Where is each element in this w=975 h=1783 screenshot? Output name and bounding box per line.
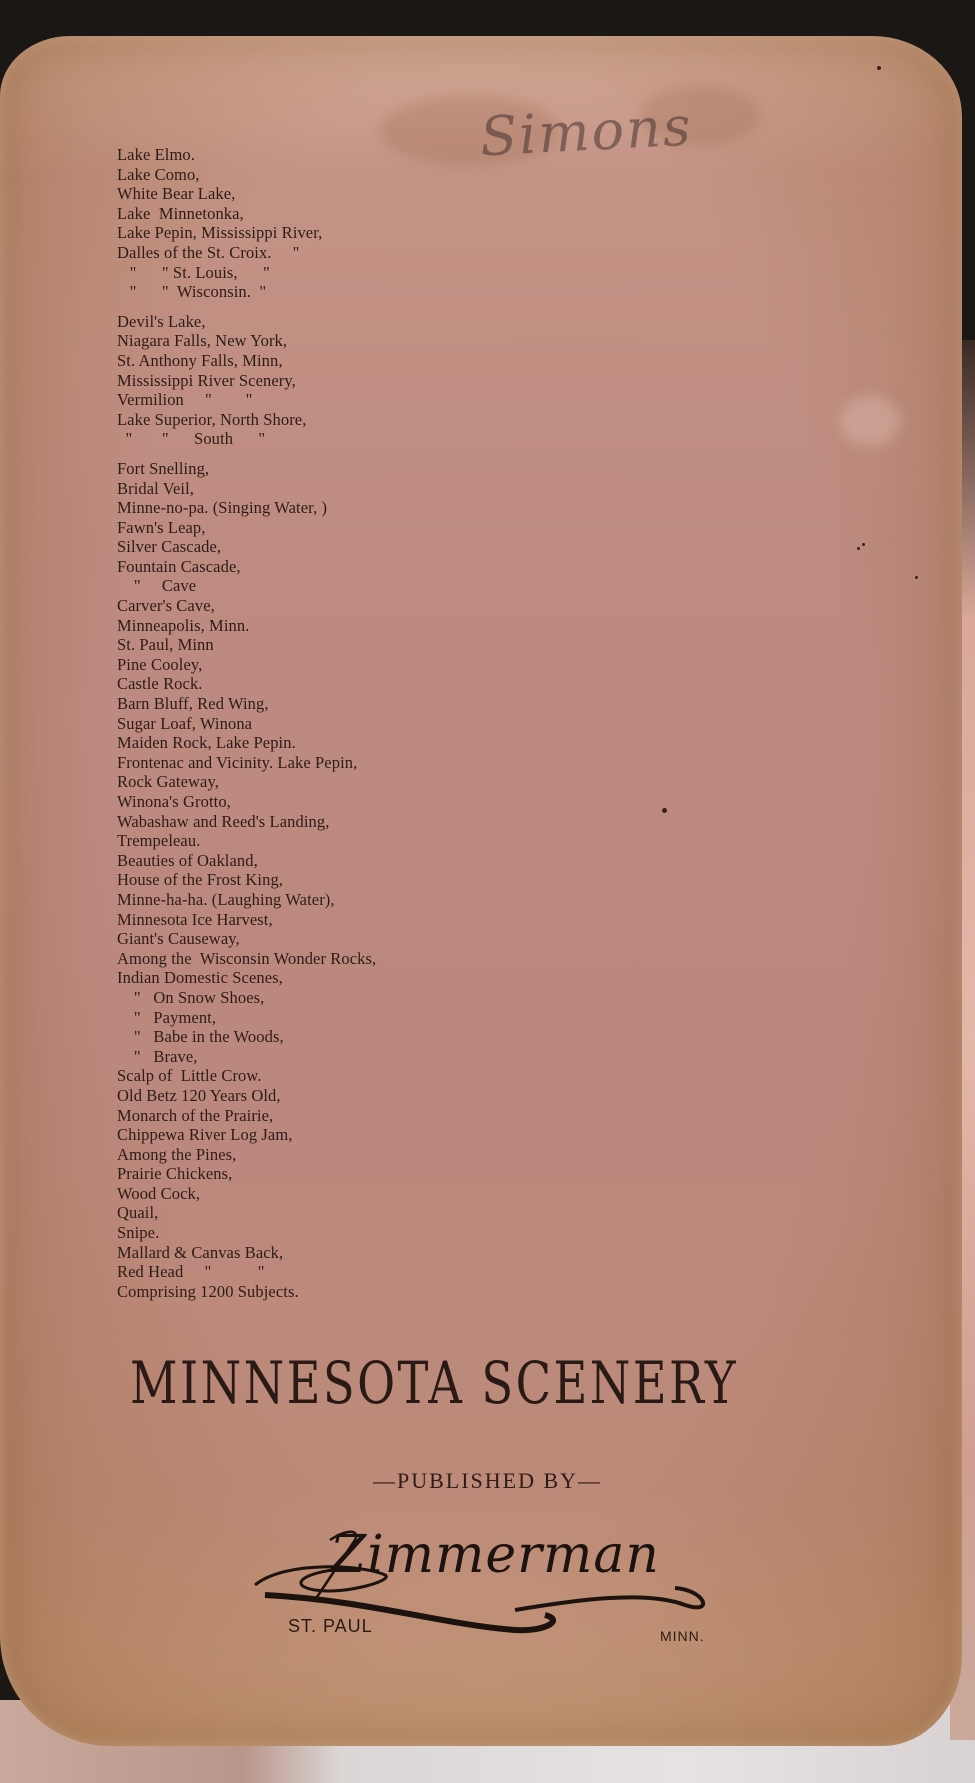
subject-list-item: Giant's Causeway, [117,929,376,949]
subject-list-item: Pine Cooley, [117,655,376,675]
subject-list: Lake Elmo.Lake Como,White Bear Lake,Lake… [117,145,376,1301]
subject-list-item: Mallard & Canvas Back, [117,1243,376,1263]
subject-list-item: Chippewa River Log Jam, [117,1125,376,1145]
subject-list-item: Minne-ha-ha. (Laughing Water), [117,890,376,910]
publisher-city: ST. PAUL [288,1616,373,1637]
subject-list-item: Bridal Veil, [117,479,376,499]
speck [915,576,918,579]
subject-list-item: St. Paul, Minn [117,635,376,655]
subject-list-item: Mississippi River Scenery, [117,371,376,391]
subject-list-item: Monarch of the Prairie, [117,1106,376,1126]
speck [857,547,860,550]
subject-list-item: House of the Frost King, [117,870,376,890]
subject-list-item: Winona's Grotto, [117,792,376,812]
subject-list-item: Wood Cock, [117,1184,376,1204]
subject-list-item: Rock Gateway, [117,772,376,792]
subject-list-item: Lake Pepin, Mississippi River, [117,223,376,243]
publisher-signature: Zimmerman [330,1525,660,1585]
subject-list-item: Beauties of Oakland, [117,851,376,871]
subject-list-item: Lake Como, [117,165,376,185]
subject-list-item: Carver's Cave, [117,596,376,616]
subject-list-item: Minneapolis, Minn. [117,616,376,636]
subject-list-item: Lake Elmo. [117,145,376,165]
subject-list-item: Castle Rock. [117,674,376,694]
subject-list-item: Scalp of Little Crow. [117,1066,376,1086]
subject-list-item: Among the Pines, [117,1145,376,1165]
speck [862,543,865,546]
subject-list-item: Dalles of the St. Croix. " [117,243,376,263]
subject-list-item: Fort Snelling, [117,459,376,479]
subject-list-item: St. Anthony Falls, Minn, [117,351,376,371]
subject-list-item: " " St. Louis, " [117,263,376,283]
subject-list-item: Sugar Loaf, Winona [117,714,376,734]
subject-list-item: Quail, [117,1203,376,1223]
card-title: MINNESOTA SCENERY [130,1348,690,1418]
subject-list-item: Trempeleau. [117,831,376,851]
subject-list-item: Snipe. [117,1223,376,1243]
subject-list-item: " Cave [117,576,376,596]
subject-list-item: " Payment, [117,1008,376,1028]
list-gap [117,302,376,312]
subject-list-item: Minnesota Ice Harvest, [117,910,376,930]
subject-list-item: Silver Cascade, [117,537,376,557]
subject-list-item: Maiden Rock, Lake Pepin. [117,733,376,753]
subject-list-item: Among the Wisconsin Wonder Rocks, [117,949,376,969]
speck [662,808,667,813]
publisher-state: MINN. [660,1628,705,1644]
light-spot [840,396,900,446]
subject-list-item: " " Wisconsin. " [117,282,376,302]
subject-list-item: Barn Bluff, Red Wing, [117,694,376,714]
subject-list-item: Frontenac and Vicinity. Lake Pepin, [117,753,376,773]
subject-list-item: Minne-no-pa. (Singing Water, ) [117,498,376,518]
subject-list-item: " " South " [117,429,376,449]
subject-list-item: White Bear Lake, [117,184,376,204]
list-gap [117,449,376,459]
subject-list-item: Comprising 1200 Subjects. [117,1282,376,1302]
published-by-label: —PUBLISHED BY— [0,1468,975,1494]
subject-list-item: Prairie Chickens, [117,1164,376,1184]
subject-list-item: Red Head " " [117,1262,376,1282]
subject-list-item: Devil's Lake, [117,312,376,332]
handwritten-name: Simons [478,94,693,168]
speck [877,66,881,70]
subject-list-item: Fountain Cascade, [117,557,376,577]
subject-list-item: Lake Minnetonka, [117,204,376,224]
subject-list-item: Indian Domestic Scenes, [117,968,376,988]
subject-list-item: Lake Superior, North Shore, [117,410,376,430]
subject-list-item: Wabashaw and Reed's Landing, [117,812,376,832]
subject-list-item: Niagara Falls, New York, [117,331,376,351]
subject-list-item: " On Snow Shoes, [117,988,376,1008]
subject-list-item: " Babe in the Woods, [117,1027,376,1047]
subject-list-item: " Brave, [117,1047,376,1067]
subject-list-item: Vermilion " " [117,390,376,410]
subject-list-item: Fawn's Leap, [117,518,376,538]
subject-list-item: Old Betz 120 Years Old, [117,1086,376,1106]
